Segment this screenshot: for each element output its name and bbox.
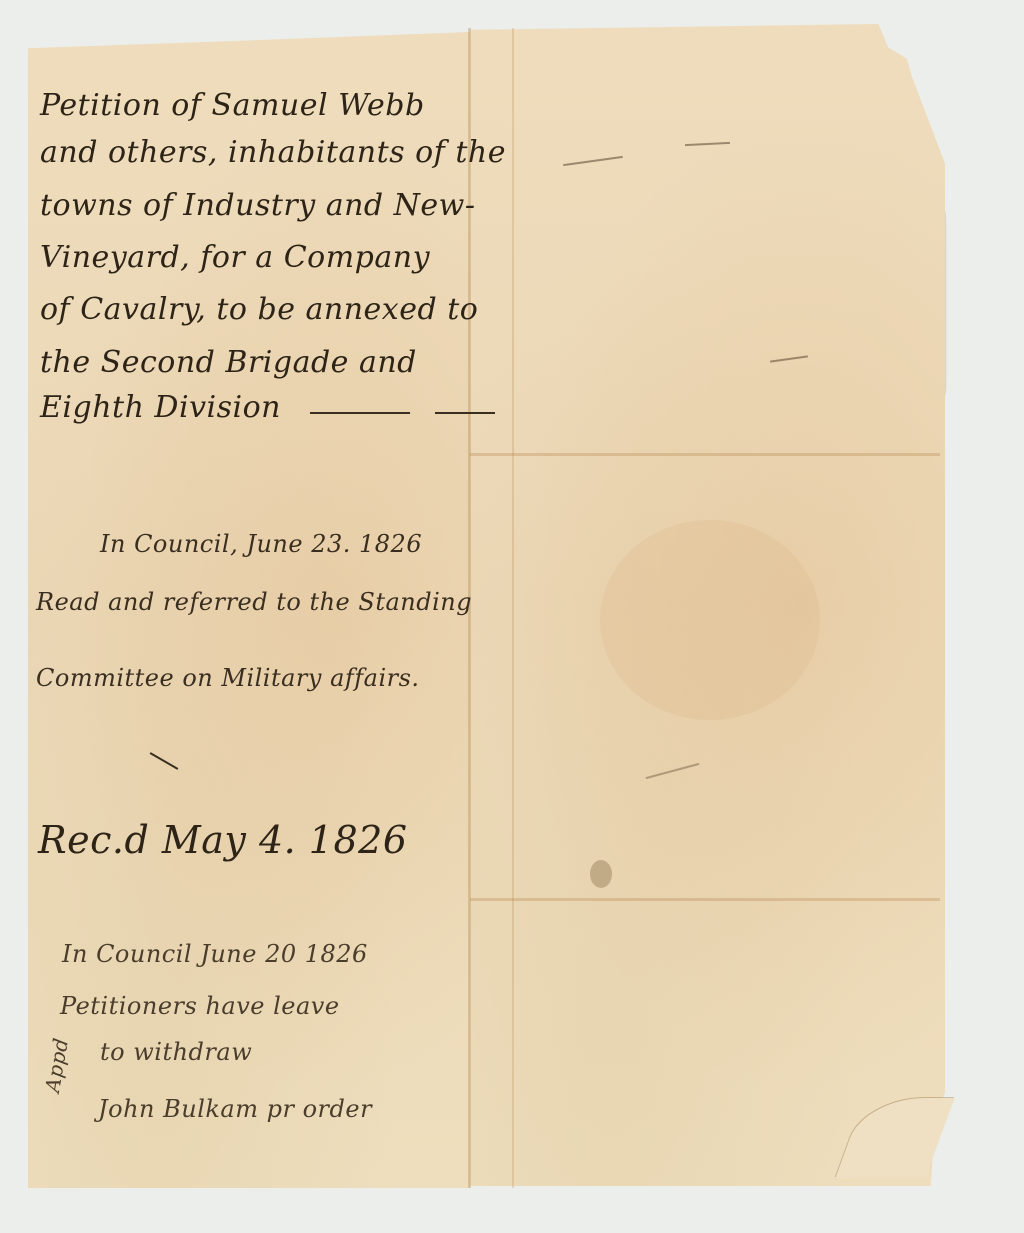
docket-line: towns of Industry and New- xyxy=(40,188,476,223)
water-stain xyxy=(600,520,820,720)
docket-underline xyxy=(310,412,410,414)
secondary-fold-line xyxy=(512,28,514,1188)
docket-line: of Cavalry, to be annexed to xyxy=(40,292,478,327)
council-note-line: to withdraw xyxy=(100,1038,252,1066)
horizontal-fold-upper xyxy=(470,453,940,456)
docket-line: Eighth Division xyxy=(40,390,281,425)
council-note-line: In Council June 20 1826 xyxy=(62,940,368,968)
docket-line: Vineyard, for a Company xyxy=(40,240,430,275)
document-scan: Petition of Samuel Webb and others, inha… xyxy=(0,0,1024,1233)
docket-underline xyxy=(435,412,495,414)
council-note-line: Read and referred to the Standing xyxy=(36,588,472,616)
received-date: Rec.d May 4. 1826 xyxy=(38,818,408,862)
council-note-line: Petitioners have leave xyxy=(60,992,340,1020)
signature: John Bulkam pr order xyxy=(98,1095,372,1123)
docket-line: and others, inhabitants of the xyxy=(40,135,506,170)
council-note-line: In Council, June 23. 1826 xyxy=(100,530,422,558)
docket-line: Petition of Samuel Webb xyxy=(40,88,425,123)
council-note-line: Committee on Military affairs. xyxy=(36,664,420,692)
horizontal-fold-lower xyxy=(470,898,940,901)
ink-blot xyxy=(590,860,612,888)
docket-line: the Second Brigade and xyxy=(40,345,417,380)
